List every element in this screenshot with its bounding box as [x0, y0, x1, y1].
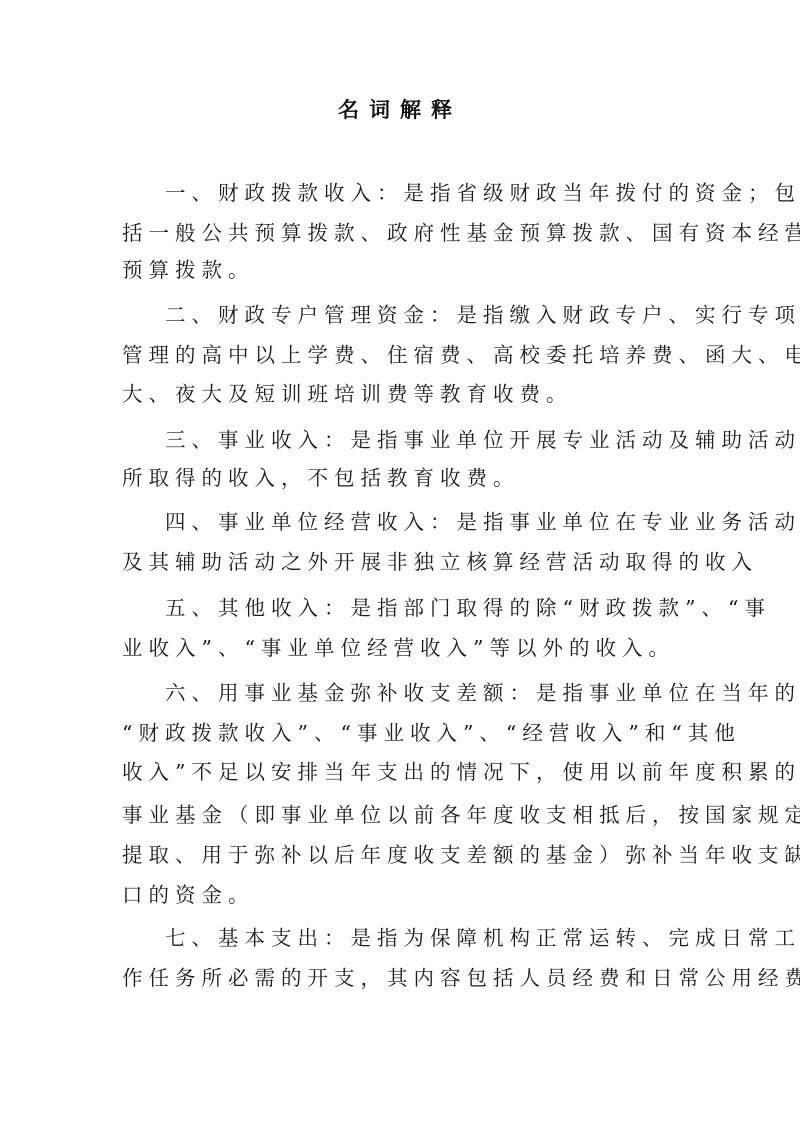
page-title: 名词解释: [0, 96, 800, 124]
paragraph-line: 七、基本支出：是指为保障机构正常运转、完成日常工: [165, 924, 725, 952]
paragraph-line: “财政拨款收入”、“事业收入”、“经营收入”和“其他: [122, 719, 682, 747]
paragraph-line: 六、用事业基金弥补收支差额：是指事业单位在当年的: [165, 679, 725, 707]
paragraph-line: 作任务所必需的开支，其内容包括人员经费和日常公用经费: [122, 964, 682, 992]
document-page: 名词解释 一、财政拨款收入：是指省级财政当年拨付的资金；包 括一般公共预算拨款、…: [0, 0, 800, 1131]
paragraph-line: 一、财政拨款收入：是指省级财政当年拨付的资金；包: [165, 179, 725, 207]
paragraph-line: 四、事业单位经营收入：是指事业单位在专业业务活动: [165, 508, 725, 536]
paragraph-line: 提取、用于弥补以后年度收支差额的基金）弥补当年收支缺: [122, 841, 682, 869]
paragraph-line: 收入”不足以安排当年支出的情况下，使用以前年度积累的: [122, 758, 682, 786]
paragraph-line: 预算拨款。: [122, 256, 682, 284]
paragraph-line: 管理的高中以上学费、住宿费、高校委托培养费、函大、电: [122, 341, 682, 369]
paragraph-line: 括一般公共预算拨款、政府性基金预算拨款、国有资本经营: [122, 219, 682, 247]
paragraph-line: 三、事业收入：是指事业单位开展专业活动及辅助活动: [165, 426, 725, 454]
paragraph-line: 业收入”、“事业单位经营收入”等以外的收入。: [122, 634, 682, 662]
paragraph-line: 二、财政专户管理资金：是指缴入财政专户、实行专项: [165, 301, 725, 329]
paragraph-line: 口的资金。: [122, 881, 682, 909]
paragraph-line: 五、其他收入：是指部门取得的除“财政拨款”、“事: [165, 594, 725, 622]
paragraph-line: 所取得的收入，不包括教育收费。: [122, 464, 682, 492]
paragraph-line: 事业基金（即事业单位以前各年度收支相抵后，按国家规定: [122, 801, 682, 829]
paragraph-line: 大、夜大及短训班培训费等教育收费。: [122, 380, 682, 408]
paragraph-line: 及其辅助活动之外开展非独立核算经营活动取得的收入: [122, 548, 682, 576]
